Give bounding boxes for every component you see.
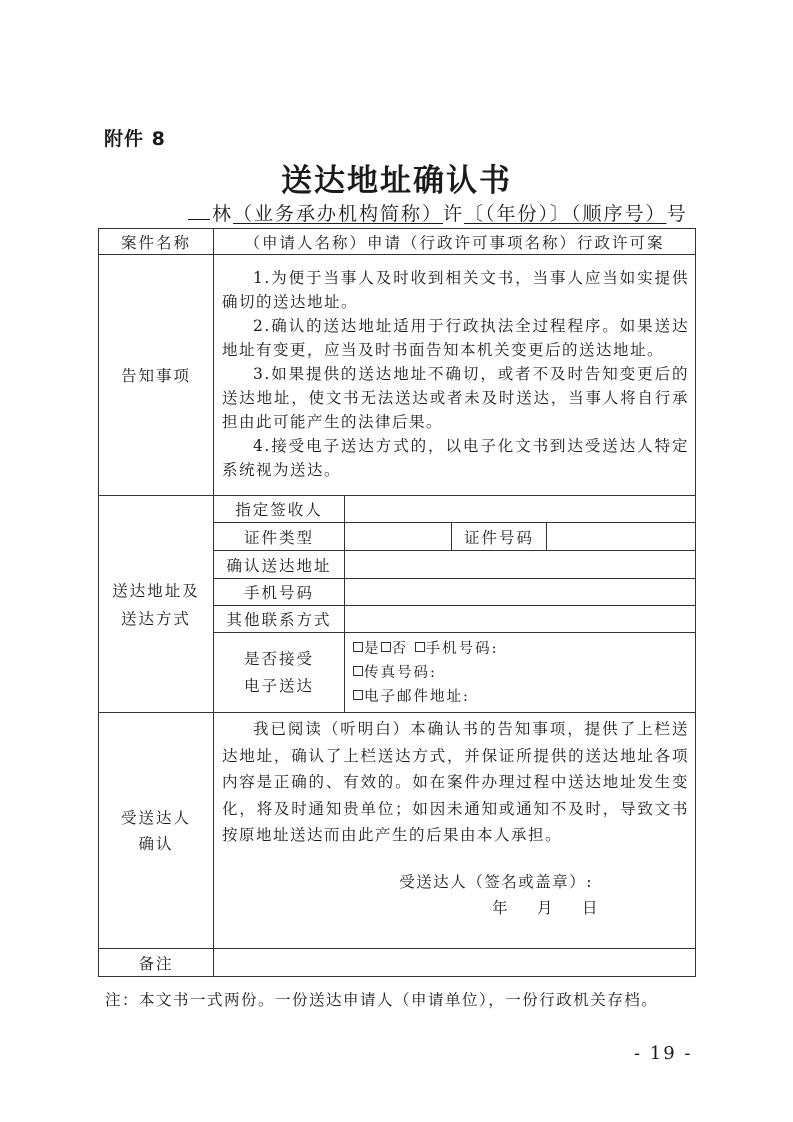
- email-checkbox[interactable]: [353, 690, 363, 700]
- recipient-row: 送达地址及 送达方式 指定签收人: [99, 496, 696, 523]
- page-number: - 19 -: [634, 1043, 693, 1064]
- remarks-label: 备注: [99, 949, 214, 977]
- id-number-field[interactable]: [547, 523, 696, 551]
- notice-item-3: 3.如果提供的送达地址不确切，或者不及时告知变更后的送达地址，使文书无法送达或者…: [222, 362, 689, 434]
- doc-number-suffix: 号: [667, 203, 688, 225]
- mobile-checkbox[interactable]: [415, 642, 425, 652]
- electronic-option-line1: 是否 手机号码:: [353, 637, 695, 661]
- id-type-label: 证件类型: [214, 523, 345, 551]
- delivery-label-line2: 送达方式: [99, 607, 213, 629]
- recipient-field[interactable]: [345, 496, 696, 523]
- date-month: 月: [537, 899, 554, 917]
- electronic-mobile-label: 手机号码:: [426, 641, 499, 657]
- notice-label: 告知事项: [99, 255, 214, 496]
- yes-label: 是: [364, 641, 381, 657]
- remarks-row: 备注: [99, 949, 696, 977]
- confirmation-label-line2: 确认: [99, 831, 213, 857]
- date-day: 日: [582, 899, 599, 917]
- notice-item-2: 2.确认的送达地址适用于行政执法全过程程序。如果送达地址有变更，应当及时书面告知…: [222, 314, 689, 362]
- signature-date: 年月日: [222, 895, 689, 922]
- doc-number-prefix: 林: [212, 203, 233, 225]
- year-sequence-placeholder: 〔（年份）〕（顺序号）: [464, 203, 667, 225]
- blank-underline: [188, 201, 210, 220]
- confirmation-label: 受送达人 确认: [99, 713, 214, 949]
- other-contact-field[interactable]: [345, 606, 696, 633]
- electronic-label-line1: 是否接受: [214, 646, 344, 673]
- document-number: 林（业务承办机构简称）许〔（年份）〕（顺序号）号: [188, 199, 696, 226]
- fax-label: 传真号码:: [364, 665, 437, 681]
- id-number-label: 证件号码: [452, 523, 547, 551]
- confirmation-content: 我已阅读（听明白）本确认书的告知事项，提供了上栏送达地址，确认了上栏送达方式，并…: [214, 713, 696, 949]
- yes-checkbox[interactable]: [353, 642, 363, 652]
- delivery-method-label: 送达地址及 送达方式: [99, 496, 214, 713]
- no-checkbox[interactable]: [381, 642, 391, 652]
- address-label: 确认送达地址: [214, 551, 345, 579]
- electronic-option-line2: 传真号码:: [353, 661, 695, 685]
- document-title: 送达地址确认书: [0, 155, 793, 200]
- attachment-label: 附件 8: [104, 124, 166, 151]
- case-name-label: 案件名称: [99, 229, 214, 255]
- mobile-label: 手机号码: [214, 579, 345, 606]
- confirmation-row: 受送达人 确认 我已阅读（听明白）本确认书的告知事项，提供了上栏送达地址，确认了…: [99, 713, 696, 949]
- signature-label: 受送达人（签名或盖章）:: [222, 869, 689, 895]
- recipient-label: 指定签收人: [214, 496, 345, 523]
- address-field[interactable]: [345, 551, 696, 579]
- confirmation-text: 我已阅读（听明白）本确认书的告知事项，提供了上栏送达地址，确认了上栏送达方式，并…: [222, 716, 689, 849]
- footer-note: 注：本文书一式两份。一份送达申请人（申请单位），一份行政机关存档。: [105, 988, 658, 1010]
- id-type-field[interactable]: [345, 523, 452, 551]
- delivery-label-line1: 送达地址及: [99, 579, 213, 601]
- fax-checkbox[interactable]: [353, 666, 363, 676]
- notice-row: 告知事项 1.为便于当事人及时收到相关文书，当事人应当如实提供确切的送达地址。 …: [99, 255, 696, 496]
- mobile-field[interactable]: [345, 579, 696, 606]
- no-label: 否: [392, 641, 409, 657]
- doc-number-mid: 许: [443, 203, 464, 225]
- other-contact-label: 其他联系方式: [214, 606, 345, 633]
- agency-placeholder: （业务承办机构简称）: [233, 203, 443, 225]
- remarks-field[interactable]: [214, 949, 696, 977]
- electronic-delivery-options: 是否 手机号码: 传真号码: 电子邮件地址:: [345, 633, 696, 713]
- notice-content: 1.为便于当事人及时收到相关文书，当事人应当如实提供确切的送达地址。 2.确认的…: [214, 255, 696, 496]
- case-name-row: 案件名称 （申请人名称）申请（行政许可事项名称）行政许可案: [99, 229, 696, 255]
- confirmation-label-line1: 受送达人: [99, 805, 213, 831]
- notice-item-1: 1.为便于当事人及时收到相关文书，当事人应当如实提供确切的送达地址。: [222, 266, 689, 314]
- case-name-value: （申请人名称）申请（行政许可事项名称）行政许可案: [214, 229, 696, 255]
- electronic-option-line3: 电子邮件地址:: [353, 685, 695, 709]
- email-label: 电子邮件地址:: [364, 689, 470, 705]
- electronic-delivery-label: 是否接受 电子送达: [214, 633, 345, 713]
- delivery-address-form: 案件名称 （申请人名称）申请（行政许可事项名称）行政许可案 告知事项 1.为便于…: [98, 228, 696, 977]
- notice-item-4: 4.接受电子送达方式的，以电子化文书到达受送达人特定系统视为送达。: [222, 434, 689, 482]
- date-year: 年: [492, 899, 509, 917]
- electronic-label-line2: 电子送达: [214, 673, 344, 700]
